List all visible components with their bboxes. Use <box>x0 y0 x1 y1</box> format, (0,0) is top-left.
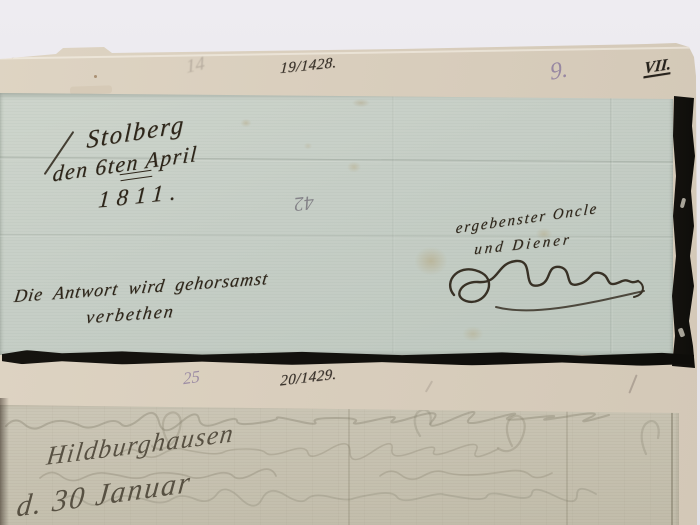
page-edge-highlight <box>0 47 698 60</box>
fold-line <box>392 95 395 353</box>
paper-chip <box>70 85 112 94</box>
closing-line-1: ergebenster Oncle <box>455 201 599 238</box>
catalog-number-top: 19/1428. <box>280 55 338 78</box>
pencil-number-middle: 25 <box>183 367 201 389</box>
collector-number-purple: 9. <box>549 56 569 87</box>
stray-pencil-stroke <box>425 380 433 392</box>
album-page: 14 19/1428. 9. VII. Stolberg den 6ten Ap… <box>0 0 700 525</box>
stray-pencil-stroke <box>628 374 637 393</box>
dirt-speck <box>94 75 97 78</box>
fold-line <box>671 410 673 525</box>
letter-bottom-paper: Hildburghausen d. 30 Januar <box>0 402 679 525</box>
letter-top-paper: Stolberg den 6ten April 1811. 42 ergeben… <box>0 93 673 355</box>
catalog-number-middle: 20/1429. <box>280 366 337 390</box>
inverted-pencil-number: 42 <box>293 190 315 215</box>
scanned-album-page: 14 19/1428. 9. VII. Stolberg den 6ten Ap… <box>0 0 700 525</box>
fold-line <box>566 406 568 525</box>
letter-year: 1811. <box>97 178 183 213</box>
fold-line <box>348 406 350 525</box>
request-line-1: Die Antwort wird gehorsamst <box>13 268 270 307</box>
signature-flourish <box>438 245 653 323</box>
request-line-2: verbethen <box>85 301 177 328</box>
faint-pencil-number: 14 <box>185 53 206 79</box>
page-roman-numeral: VII. <box>643 56 671 79</box>
page-edge-shadow <box>0 398 9 525</box>
mount-frame-right <box>670 96 696 368</box>
